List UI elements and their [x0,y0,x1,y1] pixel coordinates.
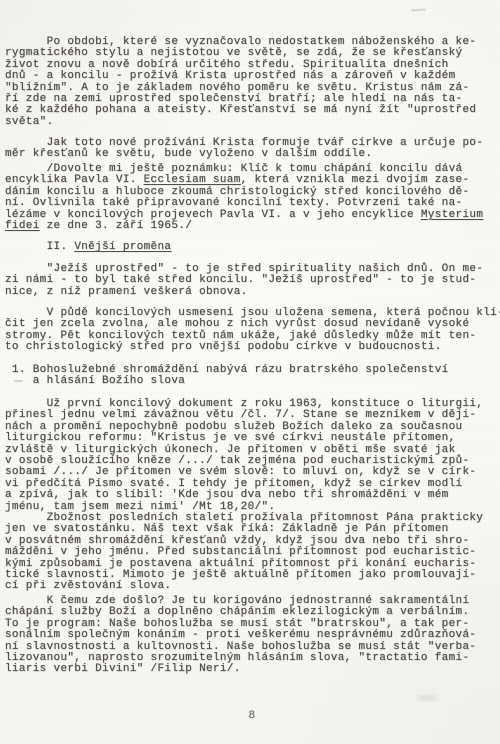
text-segment: v posvátném shromáždění křesťanů vždy, k… [5,535,469,547]
text-segment: rygmatického stylu a nejistotou ve světě… [5,47,462,59]
text-segment: ní slavnostnosti a kultovnosti. Naše boh… [5,641,476,653]
underlined-text: Ecclesiam suam [144,174,241,186]
text-segment: a zpívá, jak to slíbil: 'Kde jsou dva ne… [5,489,449,501]
paragraph: K čemu zde došlo? Je tu korigováno jedno… [5,596,476,676]
text-segment: mážděni v jeho jménu. Před substanciální… [5,546,476,558]
text-segment: lézáme v koncilových projevech Pavla VI.… [5,209,421,221]
text-segment: zvláště v liturgických úkonech. Je příto… [5,444,456,456]
underlined-text: Mysterium [421,209,483,221]
text-line: cí při zvěstování slova. [5,581,483,592]
text-segment: stromy. Pět koncilových textů nám ukáže,… [5,330,476,342]
paragraph: Jak toto nové prožívání Krista formuje t… [5,138,483,161]
paragraph: /Dovolte mi ještě poznámku: Klíč k tomu … [5,164,483,232]
text-segment: ké z každého pohana a ateisty. Křesťanst… [5,104,476,116]
text-segment: , která vznikla mezi dvojím zase- [241,174,470,186]
paragraph: Už první koncilový dokument z roku 1963,… [5,399,483,513]
text-line: a hlásání Božího slova [5,376,449,387]
text-segment: dáním koncilu a hluboce zkoumá christolo… [5,186,469,198]
text-segment: měr křesťanů ke světu, bude vyloženo v d… [5,148,372,160]
text-segment: II. [5,241,74,253]
paragraph: Po období, které se vyznačovalo nedostat… [5,37,476,128]
text-segment: liaris verbi Divini" /Filip Neri/. [5,663,241,675]
text-line: to christologický střed pro vnější podob… [5,342,500,353]
text-segment: cí při zvěstování slova. [5,580,171,592]
paragraph: "Ježíš uprostřed" - to je střed spiritua… [5,264,483,298]
text-line: II. Vnější proměna [5,242,171,253]
text-segment: ní. Ovlivnila také připravované koncilní… [5,197,462,209]
text-segment: život znovu a nově dobírá určitého střed… [5,59,449,71]
text-segment: čit jen zcela zvolna, ale mohou z nich v… [5,318,469,330]
text-segment: sonálním společným konáním - proti veške… [5,629,476,641]
text-segment: a hlásání Božího slova [5,375,185,387]
text-segment: jménu, tam jsem mezi nimi' /Mt 18,20/". [5,501,275,513]
text-segment: "bližním". A to je základem nového poměr… [5,82,469,94]
text-line: ké z každého pohana a ateisty. Křesťanst… [5,105,476,116]
text-segment: encyklika Pavla VI. [5,174,144,186]
text-segment: nách a promění nepochybně podobu služeb … [5,421,462,433]
text-segment: přinesl jednu velmi závažnou větu /čl. 7… [5,409,476,421]
paragraph: Zbožnost posledních staletí prožívala př… [5,513,483,593]
underlined-text: Vnější proměna [74,241,171,253]
text-line: fidei ze dne 3. září 1965./ [5,221,483,232]
text-line: liaris verbi Divini" /Filip Neri/. [5,664,476,675]
text-segment: zi námi - to byl také střed koncilu. "Je… [5,274,476,286]
text-segment: dnů - a koncilu - prožívá Krista uprostř… [5,70,456,82]
text-segment: liturgickou reformu: "Kristus je ve své … [5,432,456,444]
text-segment: to christologický střed pro vnější podob… [5,341,442,353]
section-heading: 1. Bohoslužebné shromáždění nabývá rázu … [5,365,449,388]
page-number: 8 [5,710,499,722]
text-segment: jen ve svatostánku. Náš text však říká: … [5,523,449,535]
text-line: měr křesťanů ke světu, bude vyloženo v d… [5,149,483,160]
paragraph: V půdě koncilových usmesení jsou uložena… [5,308,500,354]
text-segment: nice, z níž pramení veškerá obnova. [5,286,248,298]
text-line: světa". [5,117,476,128]
text-segment: To je program: Naše bohoslužba se musí s… [5,618,469,630]
text-segment: ze dne 3. září 1965./ [40,220,192,232]
text-line: nice, z níž pramení veškerá obnova. [5,287,483,298]
underlined-text: fidei [5,220,40,232]
text-segment: sobami /.../ Je přítomen ve svém slově: … [5,466,476,478]
text-segment: chápání služby Boží a doplněno chápáním … [5,606,469,618]
document-page: Po období, které se vyznačovalo nedostat… [5,0,499,744]
section-heading: II. Vnější proměna [5,242,171,253]
text-segment: světa". [5,116,54,128]
text-segment: kými způsobami je postavena aktuální pří… [5,558,476,570]
